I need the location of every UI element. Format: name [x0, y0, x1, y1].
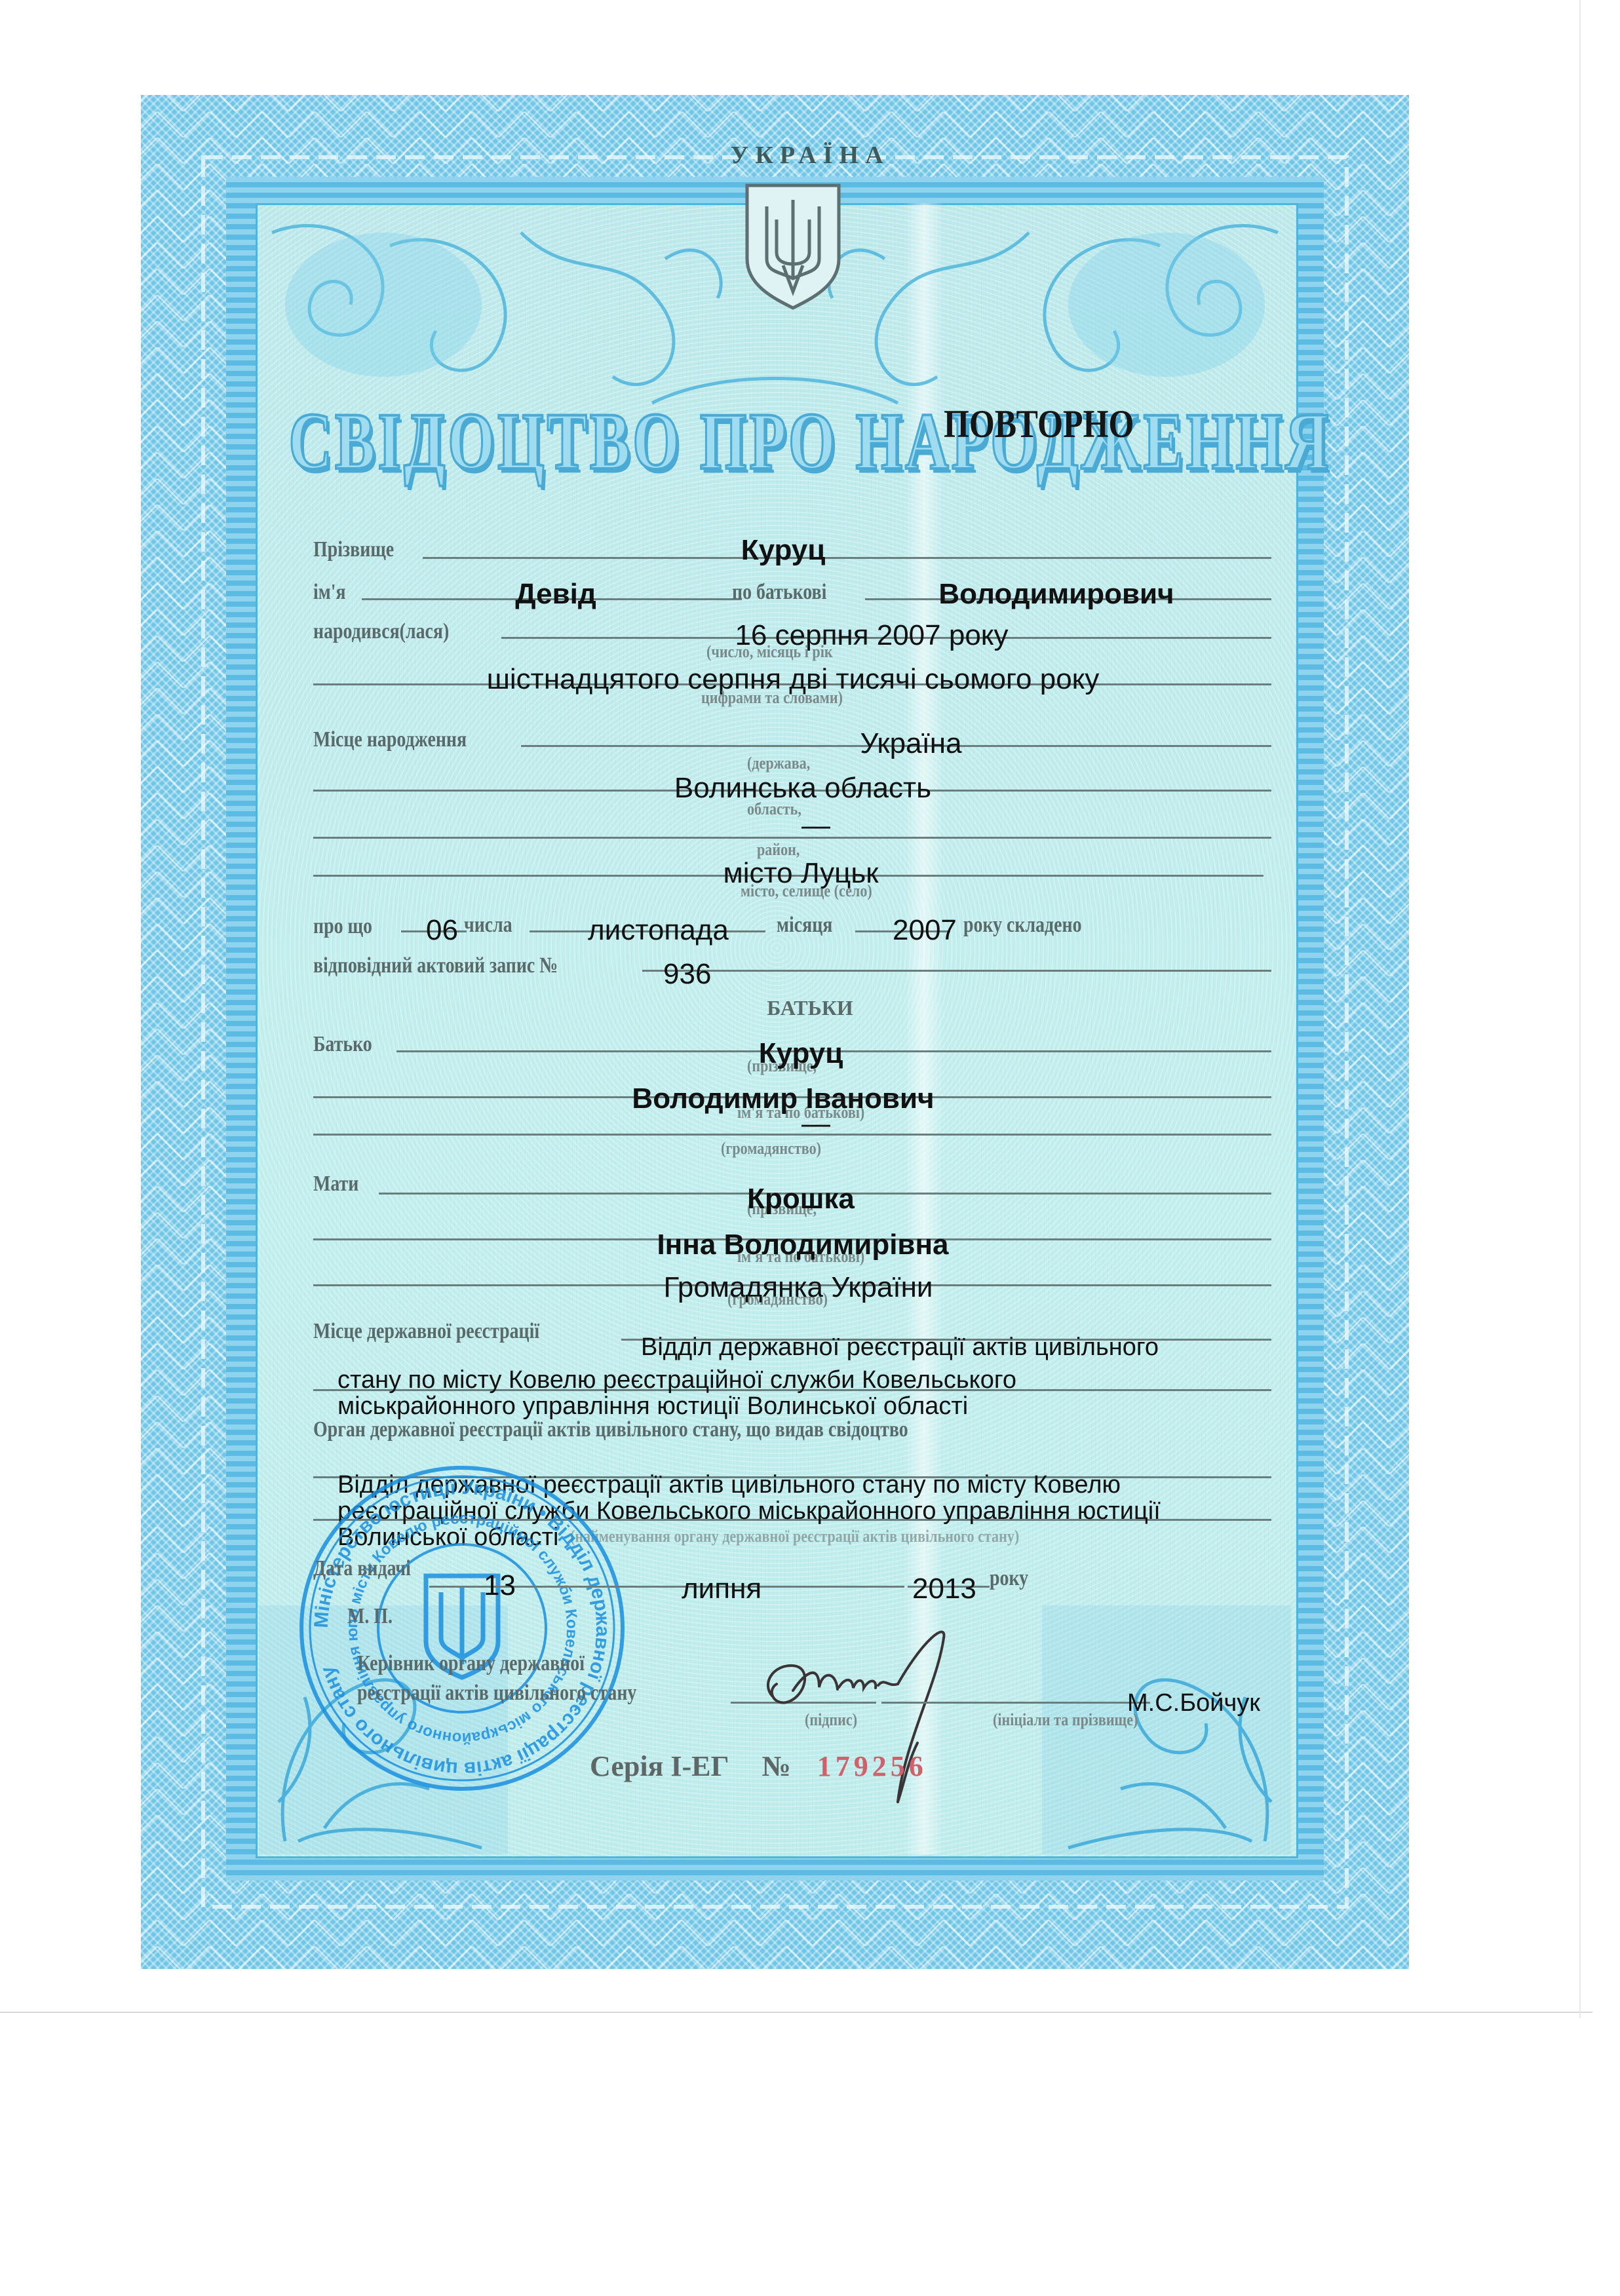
trident-coat-of-arms-icon	[741, 180, 845, 311]
child-name: Девід	[515, 578, 596, 611]
mother-surname: Крошка	[747, 1183, 855, 1215]
issue-day: 13	[484, 1569, 516, 1602]
certificate-title: СВІДОЦТВО ПРО НАРОДЖЕННЯ	[289, 394, 1332, 488]
head-label-line1: Керівник органу державної	[357, 1651, 585, 1676]
record-number-line	[642, 970, 1271, 972]
number-sign: №	[762, 1750, 790, 1782]
record-month: листопада	[588, 914, 729, 947]
father-name: Володимир Іванович	[632, 1082, 934, 1115]
district-line	[313, 837, 1271, 839]
official-seal-stamp: Міністерство юстиції України • Відділ де…	[292, 1458, 632, 1799]
record-year: 2007	[893, 914, 957, 947]
series-label: Серія І-ЕГ	[590, 1750, 729, 1782]
issue-date-label: Дата видачі	[313, 1556, 411, 1581]
father-citizenship-hint: (громадянство)	[721, 1139, 821, 1158]
father-citizenship-line	[313, 1134, 1271, 1136]
record-number: 936	[663, 958, 711, 991]
series-number: Серія І-ЕГ№179256	[590, 1750, 927, 1783]
issue-year-label: року	[990, 1566, 1028, 1591]
mother-citizenship: Громадянка України	[664, 1271, 933, 1304]
record-day: 06	[426, 914, 458, 947]
name-label: ім'я	[313, 580, 346, 605]
region-hint: область,	[747, 799, 801, 819]
initials-line	[881, 1702, 1150, 1704]
record-prefix: про що	[313, 914, 372, 939]
surname-label: Прізвище	[313, 537, 394, 562]
birth-words-hint: цифрами та словами)	[701, 688, 843, 708]
issue-year: 2013	[912, 1573, 976, 1605]
duplicate-mark: ПОВТОРНО	[944, 401, 1134, 447]
child-surname: Куруц	[741, 534, 826, 567]
country-heading: УКРАЇНА	[0, 141, 1620, 170]
city-hint: місто, селище (село)	[741, 881, 872, 901]
head-label-line2: реєстрації актів цивільного стану	[357, 1681, 636, 1706]
record-day-label: числа	[464, 913, 512, 938]
seal-label: М. П.	[347, 1604, 393, 1629]
certificate-number: 179256	[817, 1750, 927, 1782]
birthplace-label: Місце народження	[313, 727, 467, 752]
issuer-hint: (найменування органу державної реєстраці…	[570, 1527, 1019, 1546]
record-number-label: відповідний актовий запис №	[313, 953, 558, 978]
birth-country: Україна	[860, 727, 961, 760]
patronymic-label: по батькові	[732, 580, 826, 605]
issue-month: липня	[682, 1573, 762, 1605]
scan-edge-horizontal	[0, 2012, 1592, 2013]
birth-date-hint: (число, місяць і рік	[706, 642, 833, 662]
country-hint: (держава,	[747, 754, 810, 773]
child-patronymic: Володимирович	[938, 578, 1174, 611]
registration-place-line1: Відділ державної реєстрації актів цивіль…	[641, 1333, 1159, 1362]
official-name: М.С.Бойчук	[1127, 1689, 1260, 1717]
initials-hint: (ініціали та прізвище)	[993, 1710, 1138, 1730]
registration-place-line2: стану по місту Ковелю реєстраційної служ…	[337, 1366, 1016, 1394]
born-label: народився(лася)	[313, 619, 449, 644]
surname-line	[423, 557, 1271, 559]
handwritten-signature	[747, 1625, 1022, 1815]
bird-ornament-right	[1042, 1605, 1291, 1854]
birth-district: —	[801, 809, 830, 842]
registration-place-label: Місце державної реєстрації	[313, 1319, 539, 1344]
father-citizenship: —	[801, 1107, 830, 1140]
record-year-label: року складено	[963, 913, 1082, 938]
father-surname: Куруц	[759, 1037, 843, 1070]
registration-place-line3: міськрайонного управління юстиції Волинс…	[337, 1392, 968, 1421]
father-label: Батько	[313, 1032, 372, 1057]
issuer-label: Орган державної реєстрації актів цивільн…	[313, 1417, 908, 1442]
mother-name: Інна Володимирівна	[657, 1229, 948, 1261]
birth-region: Волинська область	[674, 772, 931, 805]
parents-heading: БАТЬКИ	[0, 996, 1620, 1020]
record-month-label: місяця	[777, 913, 832, 938]
mother-label: Мати	[313, 1172, 358, 1196]
